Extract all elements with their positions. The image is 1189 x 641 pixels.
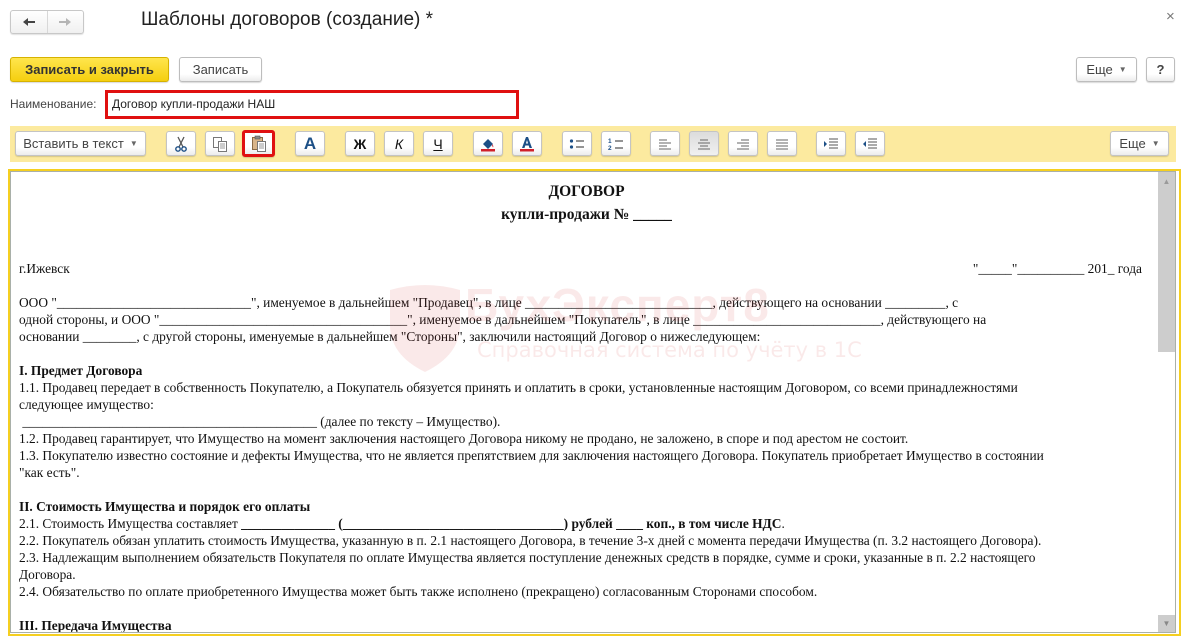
help-button[interactable]: ? [1146,57,1175,82]
forward-button[interactable] [47,11,84,33]
svg-text:1: 1 [608,138,612,145]
preamble-line: основании ________, с другой стороны, им… [19,328,1154,345]
text-color-icon [519,136,535,152]
clause-line: 2.2. Покупатель обязан уплатить стоимост… [19,532,1154,549]
scroll-down-icon[interactable]: ▼ [1158,615,1175,632]
align-justify-button[interactable] [767,131,797,156]
scroll-thumb[interactable] [1158,172,1175,352]
chevron-down-icon: ▼ [130,139,138,148]
arrow-left-icon [22,17,36,27]
align-right-button[interactable] [728,131,758,156]
svg-text:2: 2 [608,145,612,151]
insert-label: Вставить в текст [23,136,124,151]
background-color-button[interactable] [473,131,503,156]
clause-line: "как есть". [19,464,1154,481]
indent-increase-button[interactable] [816,131,846,156]
clause-line: 2.3. Надлежащим выполнением обязательств… [19,549,1154,566]
italic-button[interactable]: К [384,131,414,156]
section-heading: III. Передача Имущества [19,617,1154,633]
document-content[interactable]: ДОГОВОР купли-продажи № _____ г.Ижевск "… [19,180,1154,633]
more-label: Еще [1086,62,1112,77]
preamble-line: одной стороны, и ООО "__________________… [19,311,1154,328]
bullet-list-icon [569,138,585,150]
chevron-down-icon: ▼ [1152,139,1160,148]
more-button[interactable]: Еще▼ [1076,57,1137,82]
name-label: Наименование: [10,97,97,111]
font-button[interactable]: A [295,131,325,156]
clause-line: 1.3. Покупателю известно состояние и деф… [19,447,1154,464]
formatting-toolbar: Вставить в текст▼ A Ж К Ч [10,126,1176,162]
clause-line: 2.1. Стоимость Имущества составляет ____… [19,515,1154,532]
copy-icon [212,136,228,152]
clause-suffix: . [781,516,784,531]
numbered-list-button[interactable]: 1 2 [601,131,631,156]
align-left-button[interactable] [650,131,680,156]
align-center-button[interactable] [689,131,719,156]
bold-button[interactable]: Ж [345,131,375,156]
paste-icon [251,135,267,152]
section-heading: I. Предмет Договора [19,362,1154,379]
section-heading: II. Стоимость Имущества и порядок его оп… [19,498,1154,515]
underline-button[interactable]: Ч [423,131,453,156]
fill-color-icon [480,136,496,152]
toolbar-more-label: Еще [1119,136,1145,151]
numbered-list-icon: 1 2 [608,137,624,151]
back-button[interactable] [11,11,47,33]
document-subtitle: купли-продажи № _____ [19,203,1154,226]
save-button[interactable]: Записать [179,57,262,82]
chevron-down-icon: ▼ [1119,65,1127,74]
close-icon[interactable]: × [1166,8,1175,25]
align-center-icon [697,138,711,150]
save-and-close-button[interactable]: Записать и закрыть [10,57,169,82]
indent-decrease-icon [862,138,878,150]
italic-icon: К [395,136,403,152]
cut-button[interactable] [166,131,196,156]
scroll-up-icon[interactable]: ▲ [1158,173,1175,190]
city: г.Ижевск [19,260,70,277]
align-left-icon [658,138,672,150]
clause-line: следующее имущество: [19,396,1154,413]
clause-line: 2.4. Обязательство по оплате приобретенн… [19,583,1154,600]
contract-date: "_____"__________ 201_ года [973,260,1142,277]
name-input[interactable]: Договор купли-продажи НАШ [105,90,519,119]
scissors-icon [174,136,188,152]
align-right-icon [736,138,750,150]
document-editor[interactable]: ДОГОВОР купли-продажи № _____ г.Ижевск "… [10,171,1176,633]
toolbar-more-button[interactable]: Еще▼ [1110,131,1169,156]
window-title: Шаблоны договоров (создание) * [141,9,433,31]
arrow-right-icon [58,17,72,27]
clause-line: 1.1. Продавец передает в собственность П… [19,379,1154,396]
align-justify-icon [775,138,789,150]
clause-prefix: 2.1. Стоимость Имущества составляет [19,516,241,531]
paste-button[interactable] [242,130,275,157]
indent-increase-icon [823,138,839,150]
vertical-scrollbar[interactable]: ▲ ▼ [1158,172,1175,632]
insert-into-text-dropdown[interactable]: Вставить в текст▼ [15,131,146,156]
bold-icon: Ж [354,136,367,152]
clause-line: 1.2. Продавец гарантирует, что Имущество… [19,430,1154,447]
copy-button[interactable] [205,131,235,156]
price-placeholder: ______________ (________________________… [241,516,781,531]
text-color-button[interactable] [512,131,542,156]
underline-icon: Ч [433,136,442,152]
document-title: ДОГОВОР [19,180,1154,203]
clause-line: ________________________________________… [19,413,1154,430]
font-icon: A [304,134,316,154]
bullet-list-button[interactable] [562,131,592,156]
navigation-buttons [10,10,84,34]
clause-line: Договора. [19,566,1154,583]
indent-decrease-button[interactable] [855,131,885,156]
preamble-line: ООО "_____________________________", име… [19,294,1154,311]
